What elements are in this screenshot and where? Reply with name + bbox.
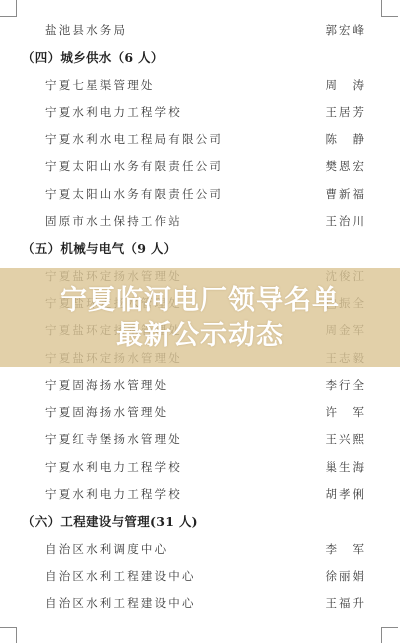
- list-item: 宁夏红寺堡扬水管理处 王兴熙: [0, 426, 400, 453]
- person-name: 王治川: [306, 208, 366, 235]
- list-item: 宁夏水利电力工程学校 王居芳: [0, 99, 400, 126]
- person-name: 徐丽娟: [306, 563, 366, 590]
- document-page: 盐池县水务局 郭宏峰 （四）城乡供水（6 人） 宁夏七星渠管理处 周 涛 宁夏水…: [0, 0, 400, 643]
- list-item: 自治区水利工程建设中心 徐丽娟: [0, 563, 400, 590]
- person-name: 周 涛: [306, 72, 366, 99]
- list-item: 宁夏固海扬水管理处 李行全: [0, 372, 400, 399]
- crop-mark-top-left: [0, 0, 17, 17]
- organization: 宁夏水利电力工程学校: [45, 454, 182, 481]
- person-name: 陈 静: [306, 126, 366, 153]
- organization: 宁夏固海扬水管理处: [45, 372, 168, 399]
- section-heading: （六）工程建设与管理(31 人): [0, 508, 400, 535]
- crop-mark-bottom-right: [381, 627, 398, 643]
- title-overlay-banner: 宁夏临河电厂领导名单 最新公示动态: [0, 268, 400, 367]
- organization: 宁夏七星渠管理处: [45, 72, 155, 99]
- section-heading: （四）城乡供水（6 人）: [0, 44, 400, 71]
- list-item: 自治区水利工程建设中心 王福升: [0, 590, 400, 617]
- organization: 盐池县水务局: [45, 17, 127, 44]
- list-item: 宁夏固海扬水管理处 许 军: [0, 399, 400, 426]
- overlay-title-line-1: 宁夏临河电厂领导名单: [60, 283, 340, 318]
- section-heading: （五）机械与电气（9 人）: [0, 235, 400, 262]
- person-name: 胡孝俐: [306, 481, 366, 508]
- person-name: 巢生海: [306, 454, 366, 481]
- list-item: 宁夏七星渠管理处 周 涛: [0, 72, 400, 99]
- organization: 宁夏太阳山水务有限责任公司: [45, 153, 223, 180]
- person-name: 樊恩宏: [306, 153, 366, 180]
- list-item: 固原市水土保持工作站 王治川: [0, 208, 400, 235]
- organization: 宁夏红寺堡扬水管理处: [45, 426, 182, 453]
- organization: 自治区水利工程建设中心: [45, 563, 196, 590]
- organization: 宁夏水利电力工程学校: [45, 481, 182, 508]
- list-item: 宁夏太阳山水务有限责任公司 樊恩宏: [0, 153, 400, 180]
- person-name: 王福升: [306, 590, 366, 617]
- list-item: 宁夏水利水电工程局有限公司 陈 静: [0, 126, 400, 153]
- organization: 宁夏固海扬水管理处: [45, 399, 168, 426]
- crop-mark-top-right: [381, 0, 398, 17]
- crop-mark-bottom-left: [0, 627, 17, 643]
- list-item: 自治区水利调度中心 李 军: [0, 536, 400, 563]
- person-name: 李 军: [306, 536, 366, 563]
- list-item: 宁夏水利电力工程学校 巢生海: [0, 454, 400, 481]
- person-name: 许 军: [306, 399, 366, 426]
- person-name: 曹新福: [306, 181, 366, 208]
- organization: 宁夏水利电力工程学校: [45, 99, 182, 126]
- organization: 自治区水利调度中心: [45, 536, 168, 563]
- person-name: 王兴熙: [306, 426, 366, 453]
- list-item: 盐池县水务局 郭宏峰: [0, 17, 400, 44]
- organization: 宁夏水利水电工程局有限公司: [45, 126, 223, 153]
- person-name: 王居芳: [306, 99, 366, 126]
- organization: 自治区水利工程建设中心: [45, 590, 196, 617]
- overlay-title-line-2: 最新公示动态: [116, 318, 284, 353]
- list-item: 宁夏水利电力工程学校 胡孝俐: [0, 481, 400, 508]
- list-item: 宁夏太阳山水务有限责任公司 曹新福: [0, 181, 400, 208]
- person-name: 李行全: [306, 372, 366, 399]
- organization: 固原市水土保持工作站: [45, 208, 182, 235]
- organization: 宁夏太阳山水务有限责任公司: [45, 181, 223, 208]
- person-name: 郭宏峰: [306, 17, 366, 44]
